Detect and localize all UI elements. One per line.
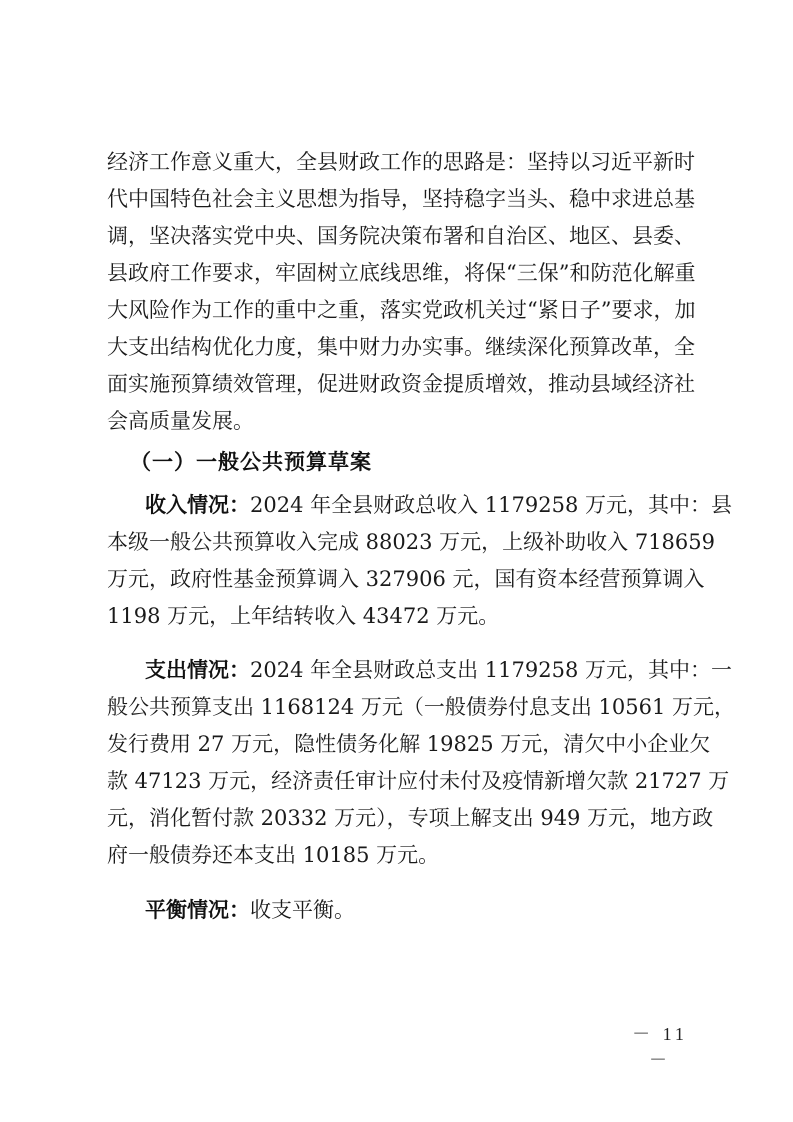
expenditure-line: 般公共预算支出 1168124 万元（一般债券付息支出 10561 万元， (107, 692, 693, 722)
paragraph-line: 大支出结构优化力度，集中财力办实事。继续深化预算改革，全 (107, 332, 693, 362)
paragraph-line: 面实施预算绩效管理，促进财政资金提质增效，推动县域经济社 (107, 369, 693, 399)
document-page: 经济工作意义重大，全县财政工作的思路是：坚持以习近平新时 代中国特色社会主义思想… (0, 0, 793, 1122)
income-first-line: 收入情况：2024 年全县财政总收入 1179258 万元，其中：县 (145, 490, 693, 520)
paragraph-line: 经济工作意义重大，全县财政工作的思路是：坚持以习近平新时 (107, 147, 693, 177)
paragraph-line: 会高质量发展。 (107, 406, 693, 436)
balance-line: 平衡情况：收支平衡。 (145, 895, 693, 925)
expenditure-line: 府一般债券还本支出 10185 万元。 (107, 840, 693, 870)
income-text: 2024 年全县财政总收入 1179258 万元，其中：县 (250, 493, 732, 517)
expenditure-line: 款 47123 万元，经济责任审计应付未付及疫情新增欠款 21727 万 (107, 766, 693, 796)
income-label: 收入情况： (145, 493, 250, 517)
section-heading: （一）一般公共预算草案 (130, 447, 372, 477)
balance-label: 平衡情况： (145, 898, 250, 922)
balance-text: 收支平衡。 (250, 898, 355, 922)
paragraph-line: 大风险作为工作的重中之重，落实党政机关过“紧日子”要求，加 (107, 295, 693, 325)
paragraph-line: 调，坚决落实党中央、国务院决策布署和自治区、地区、县委、 (107, 221, 693, 251)
income-line: 本级一般公共预算收入完成 88023 万元，上级补助收入 718659 (107, 527, 693, 557)
income-line: 1198 万元，上年结转收入 43472 万元。 (107, 601, 693, 631)
paragraph-line: 县政府工作要求，牢固树立底线思维，将保“三保”和防范化解重 (107, 258, 693, 288)
expenditure-first-line: 支出情况：2024 年全县财政总支出 1179258 万元，其中：一 (145, 655, 693, 685)
page-number: － 11 － (620, 1020, 700, 1072)
expenditure-text: 2024 年全县财政总支出 1179258 万元，其中：一 (250, 658, 732, 682)
expenditure-line: 元，消化暂付款 20332 万元），专项上解支出 949 万元，地方政 (107, 803, 693, 833)
paragraph-line: 代中国特色社会主义思想为指导，坚持稳字当头、稳中求进总基 (107, 184, 693, 214)
expenditure-line: 发行费用 27 万元，隐性债务化解 19825 万元，清欠中小企业欠 (107, 729, 693, 759)
income-line: 万元，政府性基金预算调入 327906 元，国有资本经营预算调入 (107, 564, 693, 594)
expenditure-label: 支出情况： (145, 658, 250, 682)
